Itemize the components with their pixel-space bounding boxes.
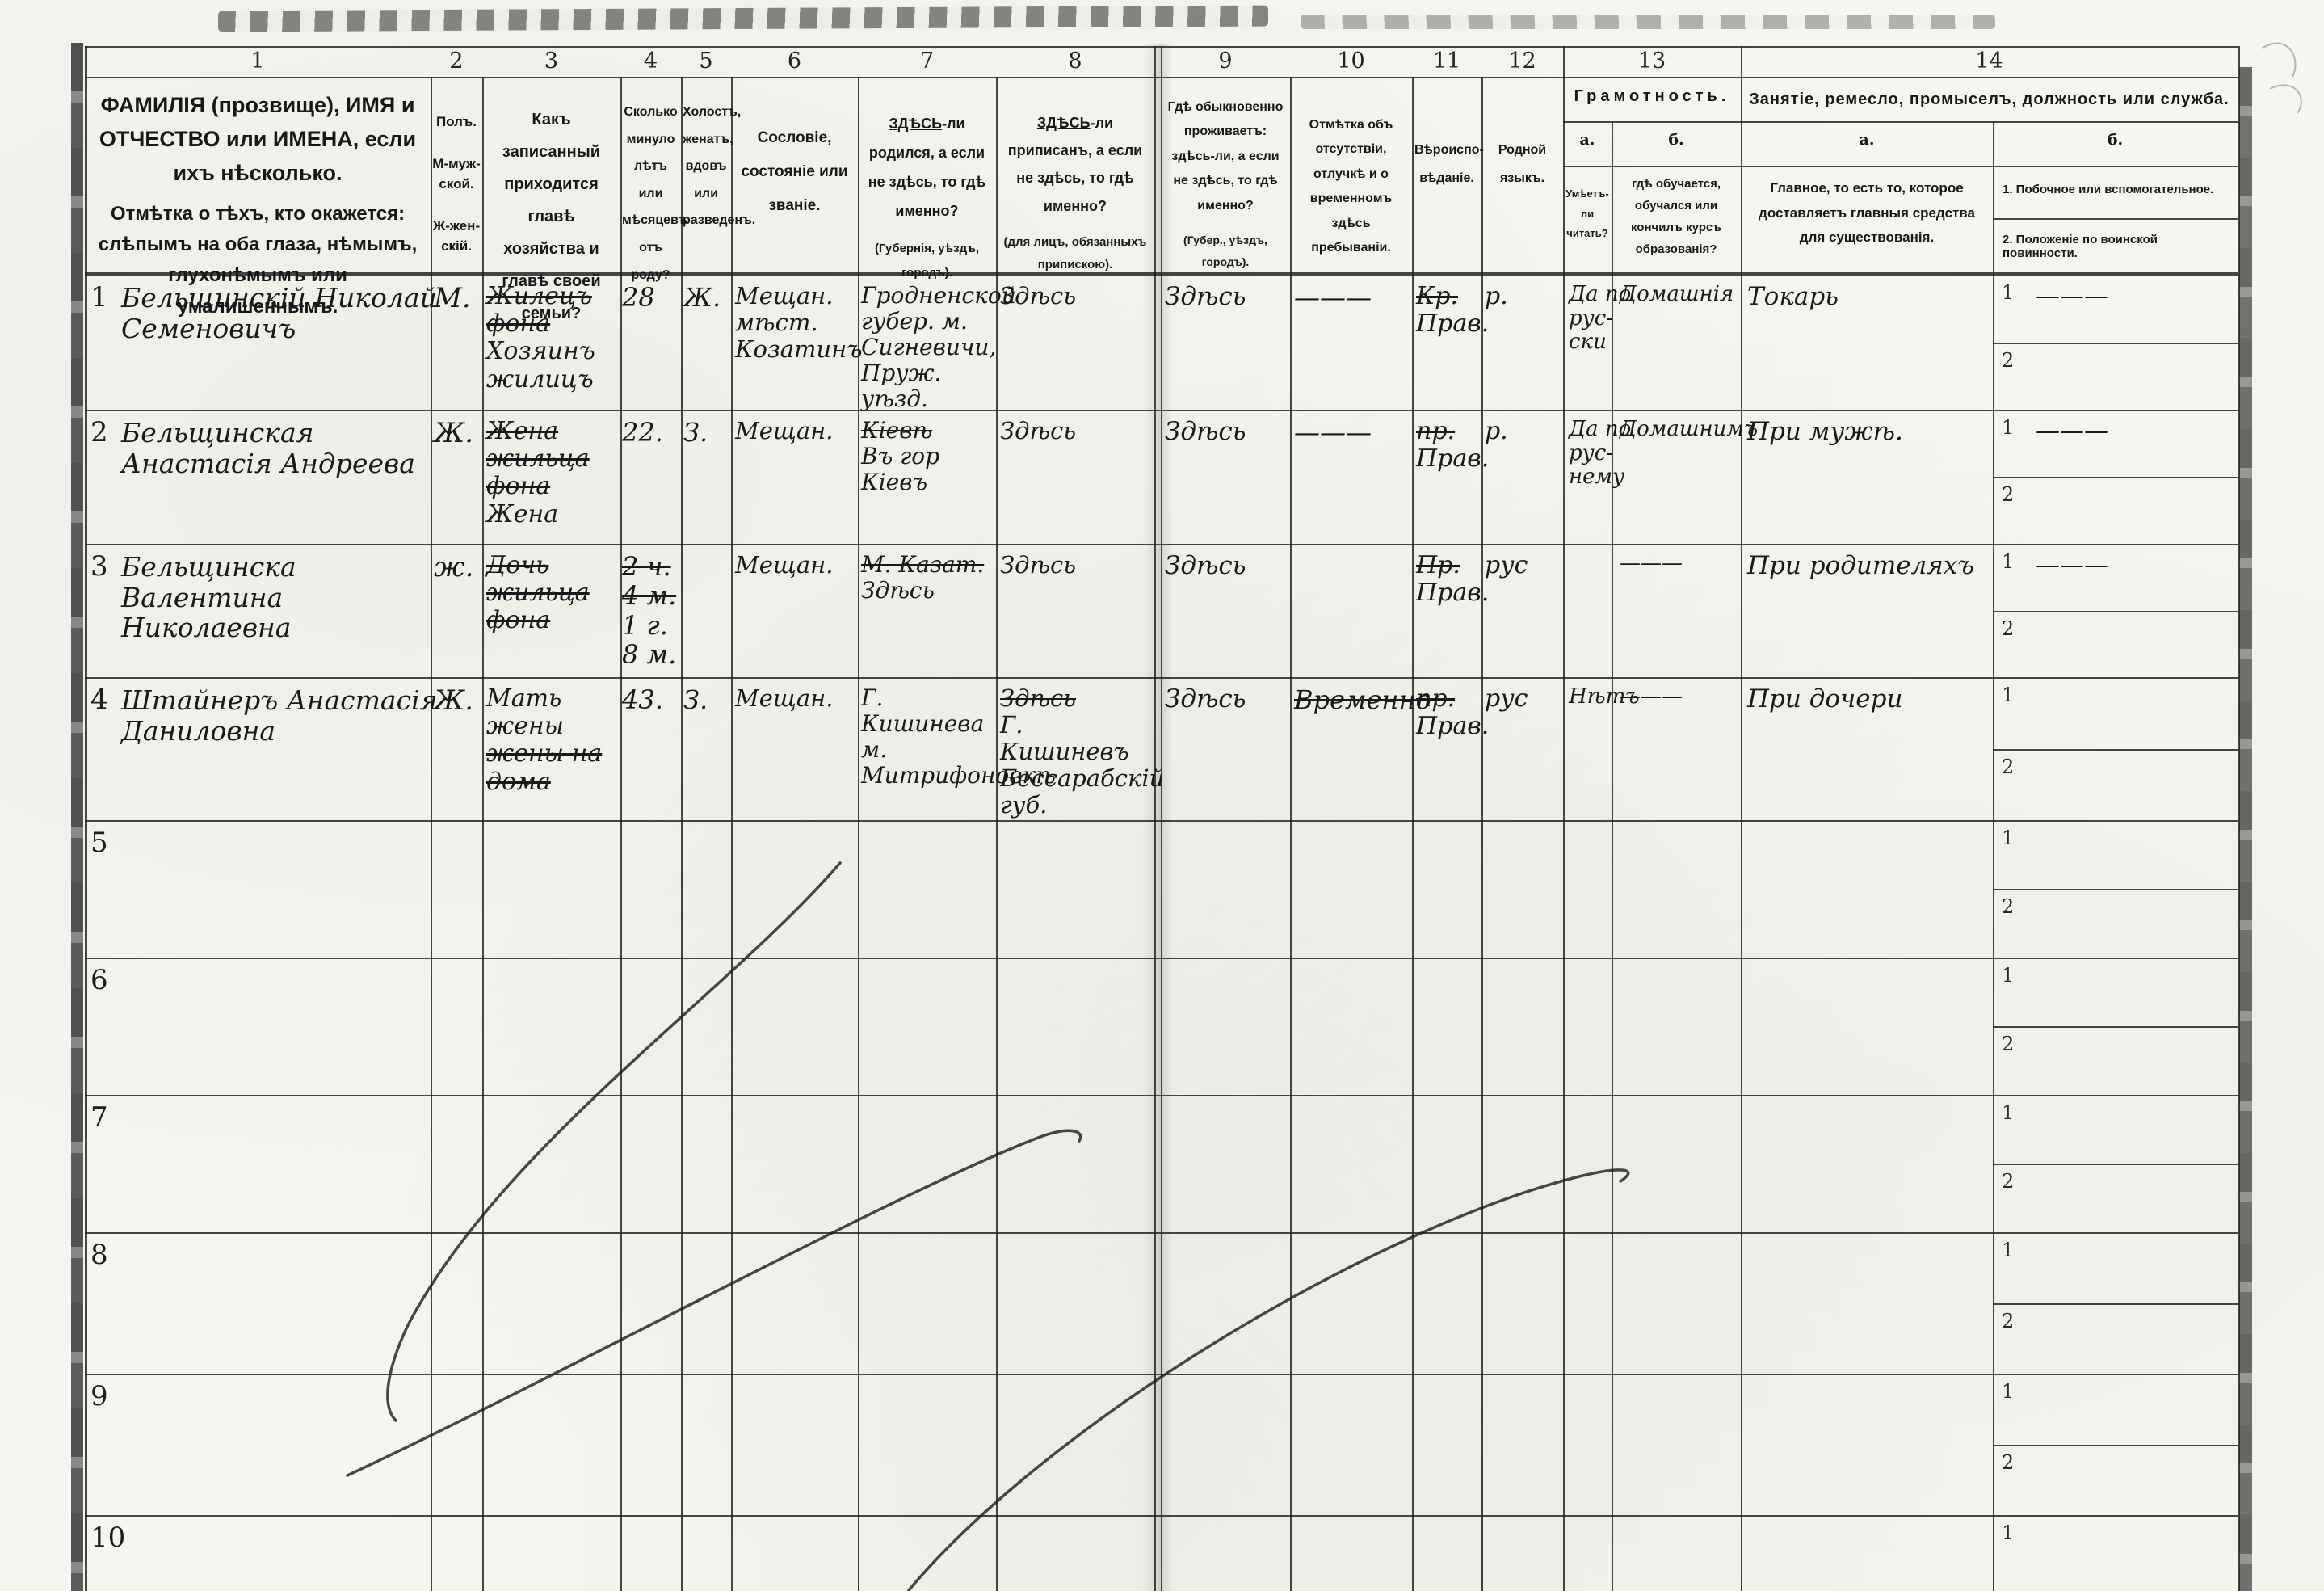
cell-occ_b1-text: ——— — [2036, 551, 2108, 579]
grid-vline — [482, 77, 484, 1591]
cell-occ_a: Токарь — [1747, 283, 1990, 311]
cell-relig: пр.Прав. — [1416, 418, 1479, 473]
col-10-number: 10 — [1290, 48, 1412, 74]
cell-name: Бельщинскій Николай Семеновичъ — [121, 283, 451, 343]
cell-name: Бельщинская Анастасія Андреева — [121, 418, 451, 478]
col-2-number: 2 — [431, 48, 482, 74]
cell-marital-text: Ж. — [683, 282, 721, 313]
grid-hline — [85, 677, 2238, 679]
cell-sex-text: М. — [434, 282, 471, 314]
cell-occ_a: При родителяхъ — [1747, 552, 1990, 580]
cell-rel: Мать жены жены на дома — [486, 685, 617, 796]
subrow-2-numeral: 2 — [2002, 1310, 2014, 1332]
subrow-1-numeral: 1 — [2002, 684, 2014, 706]
cell-age: 43. — [622, 685, 680, 714]
cell-age-text: 22. — [622, 417, 663, 448]
cell-sex: М. — [434, 283, 479, 314]
grid-vline — [1481, 77, 1483, 1591]
cell-lang-text: рус — [1485, 551, 1528, 579]
subrow-1-numeral: 1 — [2002, 1239, 2014, 1261]
col-9-text: Гдѣ обыкновенно проживаетъ: здѣсь-ли, а … — [1168, 100, 1284, 213]
col-8-header: ЗДѢСЬ-ли приписанъ, а если не здѣсь, то … — [1000, 109, 1150, 277]
grid-vline — [731, 77, 733, 1591]
scan-smudge-top-right — [1301, 15, 1995, 29]
cell-res-text: Здѣсь — [1165, 551, 1246, 580]
col-14b-label: б. — [1993, 131, 2238, 149]
col-13b-label: б. — [1612, 131, 1741, 149]
cell-lang: р. — [1485, 283, 1559, 310]
subrow-2-numeral: 2 — [2002, 895, 2014, 918]
subrow-1-numeral: 1 — [2002, 550, 2014, 573]
cell-reg-text: Здѣсь — [1000, 417, 1076, 444]
cell-reg: Здѣсь — [1000, 283, 1152, 309]
col-14b2-header: 2. Положеніе по воинской повинности. — [1999, 233, 2235, 260]
cell-marital-text: З. — [683, 417, 708, 448]
grid-vline — [1412, 77, 1414, 1591]
subrow-2-numeral: 2 — [2002, 617, 2014, 640]
cell-rel-struck: жены на дома — [486, 740, 617, 795]
cell-birth-text: Гродненской губер. м. Сигневичи, Пруж. у… — [861, 282, 1016, 412]
subrow-1-numeral: 1 — [2002, 1101, 2014, 1124]
col-11-number: 11 — [1412, 48, 1481, 74]
row-number: 6 — [90, 964, 123, 996]
cell-lang-text: р. — [1485, 282, 1508, 310]
cell-occ_b1: ——— — [2036, 418, 2221, 445]
subrow-1-numeral: 1 — [2002, 416, 2014, 439]
cell-occ_a-text: При мужѣ. — [1747, 417, 1903, 446]
grid-hline — [1993, 343, 2238, 344]
col-11-header: Вѣроиспо-вѣданіе. — [1414, 136, 1479, 192]
cell-occ_b1-text: ——— — [2036, 282, 2108, 310]
cell-marital-text: З. — [683, 684, 708, 715]
cell-reg: Здѣсь — [1000, 552, 1152, 579]
col-12-number: 12 — [1481, 48, 1563, 74]
row-number: 10 — [90, 1522, 123, 1554]
cell-name-text: Бельщинскій Николай Семеновичъ — [121, 282, 437, 344]
cell-abs: ——— — [1294, 283, 1409, 312]
grid-vline — [1161, 46, 1162, 1591]
col-1-title: ФАМИЛІЯ (прозвище), ИМЯ и ОТЧЕСТВО или И… — [93, 89, 422, 191]
cell-name-text: Штайнеръ Анастасія Даниловна — [121, 684, 438, 747]
cell-relig-struck: Кр. — [1416, 283, 1479, 310]
cell-abs-text: ——— — [1294, 417, 1372, 448]
col-2-header: Полъ. М-муж-ской. Ж-жен-скій. — [432, 112, 481, 257]
grid-hline — [1993, 1303, 2238, 1305]
grid-hline — [1993, 611, 2238, 612]
cell-occ_a: При дочери — [1747, 685, 1990, 713]
grid-hline — [1993, 1026, 2238, 1028]
cell-age-text: 28 — [622, 282, 655, 313]
subrow-2-numeral: 2 — [2002, 756, 2014, 778]
subrow-1-numeral: 1 — [2002, 281, 2014, 304]
col-14-number: 14 — [1741, 48, 2238, 74]
cell-reg-text: Г. Кишиневъ Бессарабскій губ. — [1000, 711, 1164, 819]
cell-rel: Дочь жильца фона — [486, 552, 617, 635]
grid-hline — [85, 410, 2238, 411]
cell-birth: Г. Кишинева м. Митрифоновкѣ — [861, 685, 992, 789]
col-14-title: Занятіе, ремесло, промыселъ, должность и… — [1749, 90, 2229, 109]
subrow-2-numeral: 2 — [2002, 483, 2014, 506]
cell-sex: Ж. — [434, 685, 479, 717]
grid-hline — [85, 1232, 2238, 1234]
col-1-number: 1 — [85, 48, 431, 74]
row-number: 8 — [90, 1239, 123, 1271]
row-number: 2 — [90, 416, 123, 448]
col-4-number: 4 — [620, 48, 681, 74]
cell-rel-struck: Дочь жильца фона — [486, 552, 617, 635]
cell-marital: З. — [683, 418, 729, 447]
col-5-number: 5 — [681, 48, 731, 74]
col-13-title: Грамотность. — [1563, 87, 1741, 106]
cell-age: 2 ч. 4 м.1 г. 8 м. — [622, 552, 680, 670]
cell-res: Здѣсь — [1165, 552, 1286, 580]
binding-edge-left — [71, 43, 83, 1591]
subrow-1-numeral: 1 — [2002, 827, 2014, 849]
cell-lang-text: р. — [1485, 417, 1508, 445]
col-14a-label: а. — [1741, 131, 1993, 149]
col-9-number: 9 — [1161, 48, 1290, 74]
cell-rel-text: Хозяинъ жилицъ — [486, 337, 595, 393]
grid-hline — [1993, 749, 2238, 751]
cell-birth-text: Здѣсь — [861, 577, 935, 604]
cell-lit_b: ——— — [1620, 552, 1737, 576]
col-6-header: Сословіе, состояніе или званіе. — [735, 121, 854, 222]
cell-res-text: Здѣсь — [1165, 282, 1246, 311]
col-10-header: Отмѣтка объ отсутствіи, отлучкѣ и о врем… — [1293, 113, 1409, 260]
cell-age: 22. — [622, 418, 680, 447]
cell-relig: пр.Прав. — [1416, 685, 1479, 740]
cell-rel: Жилецъ фонаХозяинъ жилицъ — [486, 283, 617, 394]
grid-hline — [85, 46, 2238, 48]
census-form-sheet: 1 2 3 4 5 6 7 8 9 10 11 12 13 14 ФАМИЛІЯ… — [0, 0, 2324, 1591]
subrow-2-numeral: 2 — [2002, 1451, 2014, 1474]
cell-birth-struck: М. Казат. — [861, 552, 992, 578]
cell-relig-struck: пр. — [1416, 418, 1479, 445]
col-7-header: ЗДѢСЬ-ли родился, а если не здѣсь, то гд… — [862, 109, 992, 285]
cell-name: Штайнеръ Анастасія Даниловна — [121, 685, 451, 746]
cell-abs: Временно — [1294, 685, 1409, 714]
cell-name-text: Бельщинская Анастасія Андреева — [121, 417, 415, 479]
cell-abs: ——— — [1294, 418, 1409, 447]
cell-age: 28 — [622, 283, 680, 312]
row-number: 3 — [90, 550, 123, 583]
subrow-1-numeral: 1 — [2002, 964, 2014, 987]
cell-sex: ж. — [434, 552, 479, 583]
cell-res: Здѣсь — [1165, 283, 1286, 311]
grid-vline — [1993, 121, 1994, 1591]
cell-occ_b1: ——— — [2036, 283, 2221, 310]
cell-lit_b-text: Домашнія — [1620, 282, 1734, 306]
cell-occ_b1: ——— — [2036, 552, 2221, 579]
cell-sex: Ж. — [434, 418, 479, 449]
grid-hline — [85, 820, 2238, 822]
cell-birth: КіевѣВъ гор Кіевъ — [861, 418, 992, 495]
subrow-2-numeral: 2 — [2002, 349, 2014, 372]
grid-hline — [85, 1374, 2238, 1375]
cell-marital: З. — [683, 685, 729, 714]
col-2-line2: М-муж-ской. — [432, 154, 481, 195]
cell-sex-text: Ж. — [434, 417, 473, 449]
col-8-number: 8 — [996, 48, 1154, 74]
cell-rel-text: Жена — [486, 500, 558, 528]
cell-relig-text: Прав. — [1416, 579, 1489, 607]
row-number: 1 — [90, 281, 123, 314]
cell-estate-text: Мещан. мѣст. Козатинъ — [735, 282, 863, 363]
grid-vline — [681, 77, 683, 1591]
cell-abs-struck: Временно — [1294, 685, 1409, 714]
cell-lang: р. — [1485, 418, 1559, 445]
cell-reg-struck: Здѣсь — [1000, 685, 1152, 712]
cell-estate-text: Мещан. — [735, 684, 834, 712]
col-9-note: (Губер., уѣздъ, городъ). — [1164, 229, 1287, 272]
subrow-2-numeral: 2 — [2002, 1170, 2014, 1193]
cell-rel-struck: Жилецъ фона — [486, 283, 617, 338]
cell-marital: Ж. — [683, 283, 729, 312]
cell-relig-text: Прав. — [1416, 444, 1489, 473]
cell-rel: Жена жильца фонаЖена — [486, 418, 617, 528]
scan-smudge-top — [218, 6, 1268, 32]
cell-abs-text: ——— — [1294, 282, 1372, 313]
cell-relig-text: Прав. — [1416, 309, 1489, 338]
col-12-header: Родной языкъ. — [1484, 136, 1561, 192]
cell-estate: Мещан. мѣст. Козатинъ — [735, 283, 855, 363]
cell-lit_b-text: ——— — [1620, 551, 1683, 575]
col-6-number: 6 — [731, 48, 858, 74]
cell-birth: М. Казат.Здѣсь — [861, 552, 992, 604]
cell-rel-struck: Жена жильца фона — [486, 418, 617, 501]
cell-age-struck: 2 ч. 4 м. — [622, 552, 680, 611]
grid-hline — [85, 1095, 2238, 1096]
cell-reg-text: Здѣсь — [1000, 551, 1076, 579]
cell-lang: рус — [1485, 685, 1559, 713]
grid-hline — [1993, 1164, 2238, 1165]
cell-birth-text: Въ гор Кіевъ — [861, 443, 939, 495]
grid-vline — [1741, 46, 1742, 1591]
col-7-number: 7 — [858, 48, 996, 74]
cell-name: Бельщинска Валентина Николаевна — [121, 552, 451, 643]
cell-estate-text: Мещан. — [735, 417, 834, 444]
grid-hline — [1993, 1445, 2238, 1446]
cell-lit_b-text: Домашнимъ — [1620, 417, 1758, 441]
grid-vline — [1154, 46, 1156, 1591]
cell-relig: Кр.Прав. — [1416, 283, 1479, 338]
col-8-note: (для лицъ, обязанныхъ припискою). — [1000, 231, 1150, 277]
col-7-note: (Губернія, уѣздъ, городъ). — [862, 237, 992, 285]
col-14b1-header: 1. Побочное или вспомогательное. — [1999, 183, 2235, 196]
grid-hline — [1993, 477, 2238, 478]
col-5-header: Холостъ, женатъ, вдовъ или разведенъ. — [683, 99, 729, 234]
grid-hline — [85, 958, 2238, 959]
binding-edge-right — [2239, 67, 2252, 1591]
col-3-number: 3 — [482, 48, 620, 74]
cell-occ_a-text: Токарь — [1747, 282, 1839, 311]
row-number: 7 — [90, 1101, 123, 1134]
subrow-1-numeral: 1 — [2002, 1380, 2014, 1403]
cell-age-text: 1 г. 8 м. — [622, 610, 676, 670]
cell-estate-text: Мещан. — [735, 551, 834, 579]
pen-flourish-2 — [347, 1130, 1081, 1475]
cell-reg: ЗдѣсьГ. Кишиневъ Бессарабскій губ. — [1000, 685, 1152, 819]
cell-name-text: Бельщинска Валентина Николаевна — [121, 551, 296, 643]
cell-relig-struck: Пр. — [1416, 552, 1479, 579]
grid-hline — [1993, 889, 2238, 890]
row-number: 9 — [90, 1380, 123, 1412]
grid-hline — [1993, 218, 2238, 220]
col-13-number: 13 — [1563, 48, 1741, 74]
cell-age-text: 43. — [622, 684, 663, 715]
grid-hline — [1563, 166, 2238, 167]
row-number: 5 — [90, 827, 123, 859]
cell-occ_a-text: При родителяхъ — [1747, 551, 1974, 580]
cell-lang-text: рус — [1485, 684, 1528, 713]
cell-lit_b-text: ——— — [1620, 684, 1683, 709]
col-8-underlined-word: ЗДѢСЬ — [1037, 115, 1091, 131]
cell-occ_a-text: При дочери — [1747, 684, 1902, 713]
cell-estate: Мещан. — [735, 552, 855, 579]
col-9-header: Гдѣ обыкновенно проживаетъ: здѣсь-ли, а … — [1164, 95, 1287, 272]
grid-vline — [1563, 46, 1565, 1591]
col-4-header: Сколько минуло лѣтъ или мѣсяцевъ отъ род… — [622, 99, 679, 288]
cell-occ_a: При мужѣ. — [1747, 418, 1990, 446]
row-number: 4 — [90, 684, 123, 716]
cell-relig: Пр.Прав. — [1416, 552, 1479, 607]
pencil-scribble — [2262, 43, 2301, 113]
col-13a-label: а. — [1563, 131, 1612, 149]
cell-lit_b: ——— — [1620, 685, 1737, 709]
cell-lit_b: Домашнія — [1620, 283, 1737, 307]
cell-res: Здѣсь — [1165, 418, 1286, 446]
cell-estate: Мещан. — [735, 685, 855, 712]
col-2-line3: Ж-жен-скій. — [432, 216, 481, 257]
pen-flourish-1 — [388, 863, 840, 1421]
cell-lit_b: Домашнимъ — [1620, 418, 1737, 442]
cell-sex-text: ж. — [434, 551, 473, 583]
col-2-line1: Полъ. — [432, 112, 481, 133]
grid-hline — [85, 544, 2238, 545]
cell-res-text: Здѣсь — [1165, 417, 1246, 446]
cell-res-text: Здѣсь — [1165, 684, 1246, 713]
col-14a-header: Главное, то есть то, которое доставляетъ… — [1747, 176, 1986, 250]
cell-res: Здѣсь — [1165, 685, 1286, 713]
cell-occ_b1-text: ——— — [2036, 417, 2108, 445]
cell-reg-text: Здѣсь — [1000, 282, 1076, 309]
grid-hline — [1563, 121, 2238, 123]
cell-rel-text: Мать жены — [486, 684, 564, 740]
cell-reg: Здѣсь — [1000, 418, 1152, 444]
subrow-1-numeral: 1 — [2002, 1522, 2014, 1544]
cell-sex-text: Ж. — [434, 684, 473, 717]
cell-estate: Мещан. — [735, 418, 855, 444]
col-13b-header: гдѣ обучается, обучался или кончилъ курс… — [1615, 173, 1738, 260]
cell-birth-struck: Кіевѣ — [861, 418, 992, 444]
grid-hline — [85, 77, 2238, 78]
cell-birth: Гродненской губер. м. Сигневичи, Пруж. у… — [861, 283, 992, 412]
subrow-2-numeral: 2 — [2002, 1033, 2014, 1055]
grid-vline — [85, 46, 87, 1591]
grid-vline — [858, 77, 859, 1591]
cell-lang: рус — [1485, 552, 1559, 579]
col-13a-header: Умѣетъ-ли читать? — [1565, 184, 1610, 244]
cell-relig-struck: пр. — [1416, 685, 1479, 713]
grid-hline — [85, 1515, 2238, 1517]
cell-relig-text: Прав. — [1416, 712, 1489, 740]
grid-vline — [2238, 46, 2240, 1591]
grid-vline — [1290, 77, 1292, 1591]
col-7-underlined-word: ЗДѢСЬ — [889, 116, 942, 132]
